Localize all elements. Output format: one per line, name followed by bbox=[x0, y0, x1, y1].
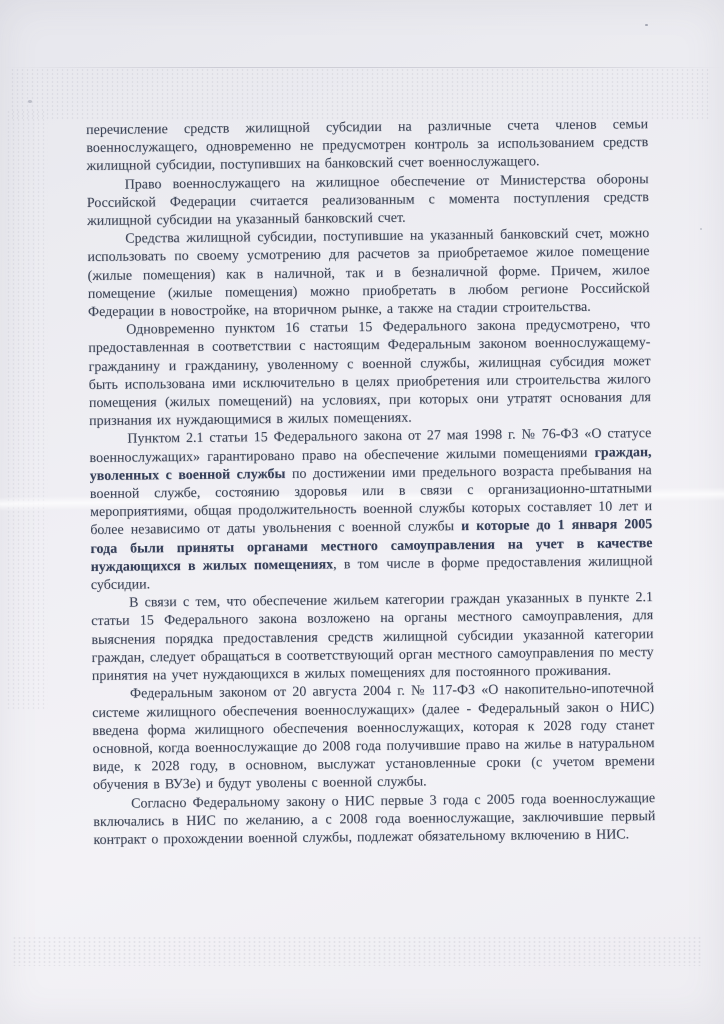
scan-speck bbox=[28, 100, 32, 103]
scan-noise-bottom-band bbox=[12, 936, 702, 966]
text-segment: Одновременно пунктом 16 статьи 15 Федера… bbox=[88, 317, 651, 429]
paragraph: Право военнослужащего на жилищное обеспе… bbox=[87, 171, 650, 231]
paragraph: В связи с тем, что обеспечение жильем ка… bbox=[91, 589, 654, 686]
paragraph: Средства жилищной субсидии, поступившие … bbox=[87, 225, 650, 322]
text-segment: Пунктом 2.1 статьи 15 Федерального закон… bbox=[89, 427, 651, 466]
text-segment: Согласно Федеральному закону о НИС первы… bbox=[93, 791, 655, 848]
paragraph: перечисление средств жилищной субсидии н… bbox=[86, 116, 649, 176]
paragraph: Одновременно пунктом 16 статьи 15 Федера… bbox=[88, 316, 651, 431]
scan-speck bbox=[700, 228, 702, 230]
text-segment: В связи с тем, что обеспечение жильем ка… bbox=[91, 590, 654, 684]
document-text: перечисление средств жилищной субсидии н… bbox=[86, 116, 656, 850]
scanned-document-page: перечисление средств жилищной субсидии н… bbox=[0, 0, 724, 1024]
text-segment: Средства жилищной субсидии, поступившие … bbox=[87, 226, 650, 320]
text-segment: Федеральным законом от 20 августа 2004 г… bbox=[92, 681, 655, 793]
paragraph: Пунктом 2.1 статьи 15 Федерального закон… bbox=[89, 426, 653, 596]
text-segment: Право военнослужащего на жилищное обеспе… bbox=[87, 172, 649, 229]
scan-speck bbox=[645, 24, 648, 26]
paragraph: Согласно Федеральному закону о НИС первы… bbox=[93, 790, 656, 850]
text-segment: перечисление средств жилищной субсидии н… bbox=[86, 117, 648, 174]
scan-noise-left-band bbox=[6, 110, 48, 710]
scan-edge-line bbox=[0, 67, 724, 68]
paragraph: Федеральным законом от 20 августа 2004 г… bbox=[92, 680, 655, 795]
scan-noise-top-band bbox=[10, 68, 710, 120]
